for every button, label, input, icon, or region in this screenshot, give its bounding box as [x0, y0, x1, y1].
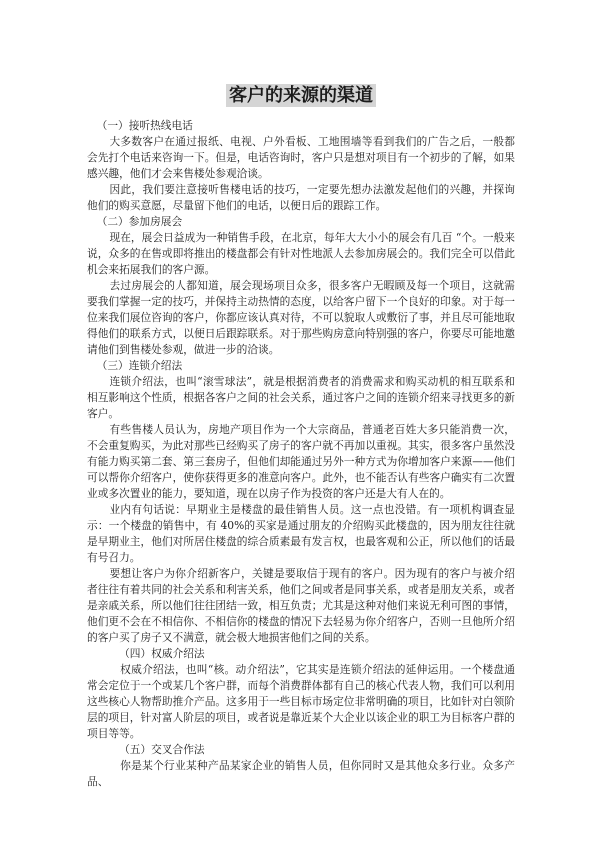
page-title: 客户的来源的渠道	[87, 84, 515, 107]
section: （三）连锁介绍法连锁介绍法，也叫“滚雪球法”，就是根据消费者的消费需求和购买动机…	[87, 358, 515, 646]
section-heading: （二）参加房展会	[87, 214, 515, 230]
section: （二）参加房展会现在，展会日益成为一种销售手段，在北京，每年大大小小的展会有几百…	[87, 214, 515, 358]
paragraph: 业内有句话说：早期业主是楼盘的最佳销售人员。这一点也没错。有一项机构调查显示：一…	[87, 502, 515, 566]
document-body: （一）接听热线电话大多数客户在通过报纸、电视、户外看板、工地围墙等看到我们的广告…	[87, 118, 515, 790]
title-highlight: 客户的来源的渠道	[226, 84, 376, 107]
paragraph: 大多数客户在通过报纸、电视、户外看板、工地围墙等看到我们的广告之后，一般都会先打…	[87, 134, 515, 182]
section-heading: （四）权威介绍法	[87, 646, 515, 662]
section: （五）交叉合作法你是某个行业某种产品某家企业的销售人员，但你同时又是其他众多行业…	[87, 742, 515, 790]
paragraph: 连锁介绍法，也叫“滚雪球法”，就是根据消费者的消费需求和购买动机的相互联系和相互…	[87, 374, 515, 422]
paragraph: 去过房展会的人都知道，展会现场项目众多，很多客户无暇顾及每一个项目，这就需要我们…	[87, 278, 515, 358]
section-heading: （一）接听热线电话	[87, 118, 515, 134]
paragraph: 权威介绍法，也叫“核。动介绍法”，它其实是连锁介绍法的延伸运用。一个楼盘通常会定…	[87, 662, 515, 742]
section-heading: （三）连锁介绍法	[87, 358, 515, 374]
paragraph: 要想让客户为你介绍新客户，关键是要取信于现有的客户。因为现有的客户与被介绍者往往…	[87, 566, 515, 646]
paragraph: 现在，展会日益成为一种销售手段，在北京，每年大大小小的展会有几百 “个。一般来说…	[87, 230, 515, 278]
section: （四）权威介绍法权威介绍法，也叫“核。动介绍法”，它其实是连锁介绍法的延伸运用。…	[87, 646, 515, 742]
paragraph: 有些售楼人员认为，房地产项目作为一个大宗商品，普通老百姓大多只能消费一次，不会重…	[87, 422, 515, 502]
section-heading: （五）交叉合作法	[87, 742, 515, 758]
paragraph: 因此，我们要注意接听售楼电话的技巧，一定要先想办法激发起他们的兴趣，并探询他们的…	[87, 182, 515, 214]
section: （一）接听热线电话大多数客户在通过报纸、电视、户外看板、工地围墙等看到我们的广告…	[87, 118, 515, 214]
document-page: 客户的来源的渠道 （一）接听热线电话大多数客户在通过报纸、电视、户外看板、工地围…	[0, 0, 600, 850]
paragraph: 你是某个行业某种产品某家企业的销售人员，但你同时又是其他众多行业。众多产品、	[87, 758, 515, 790]
